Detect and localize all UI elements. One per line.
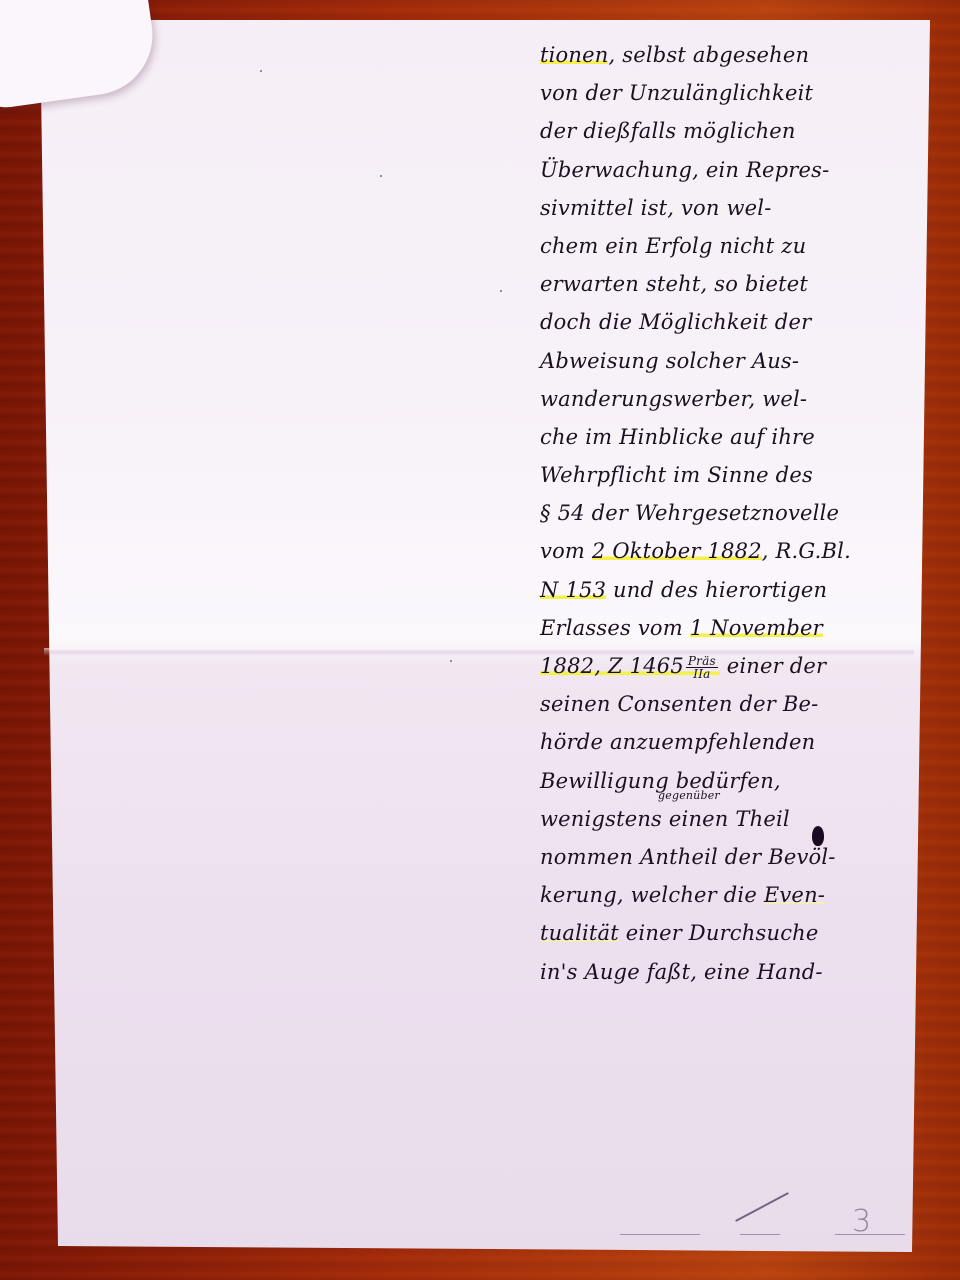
text-line: von der Unzulänglichkeit <box>540 74 930 112</box>
text-line: kerung, welcher die Even- <box>540 876 930 914</box>
paper-speck <box>500 290 502 292</box>
text-line: 1882, Z 1465PräsIIa einer der <box>540 647 930 685</box>
text-line: Bewilligung bedürfen, <box>540 762 930 800</box>
scene: tionen, selbst abgesehen von der Unzulän… <box>0 0 960 1280</box>
interlinear-insertion: gegenüber <box>658 790 720 801</box>
text-line: wanderungswerber, wel- <box>540 380 930 418</box>
highlighted-word: tualität <box>540 921 619 945</box>
text-line: doch die Möglichkeit der <box>540 303 930 341</box>
highlighted-date: 2 Oktober 1882 <box>592 539 762 563</box>
highlighted-word: tionen <box>540 43 608 67</box>
handwritten-text-column: tionen, selbst abgesehen von der Unzulän… <box>540 36 930 991</box>
page-number: 3 <box>852 1204 871 1239</box>
fraction-annotation: PräsIIa <box>686 655 718 680</box>
text-line: Erlasses vom 1 November <box>540 609 930 647</box>
pencil-dash <box>740 1234 780 1235</box>
highlighted-reference: 1882, Z 1465PräsIIa <box>540 654 720 678</box>
text-line: vom 2 Oktober 1882, R.G.Bl. <box>540 532 930 570</box>
text-line: gegenüberwenigstens einen Theil <box>540 800 930 838</box>
text-line: tionen, selbst abgesehen <box>540 36 930 74</box>
highlighted-word: Even- <box>764 883 825 907</box>
text-line: che im Hinblicke auf ihre <box>540 418 930 456</box>
text-line: Überwachung, ein Repres- <box>540 151 930 189</box>
text-line-rest: , selbst abgesehen <box>608 43 809 67</box>
text-line: N 153 und des hierortigen <box>540 571 930 609</box>
text-line: hörde anzuempfehlenden <box>540 723 930 761</box>
highlighted-date: 1 November <box>690 616 823 640</box>
text-line: nommen Antheil der Bevöl- <box>540 838 930 876</box>
paper-speck <box>260 70 262 72</box>
highlighted-number: N 153 <box>540 578 606 602</box>
paper-speck <box>380 175 382 177</box>
text-line: in's Auge faßt, eine Hand- <box>540 953 930 991</box>
ink-blot <box>812 826 824 846</box>
text-line: der dießfalls möglichen <box>540 112 930 150</box>
paper-speck <box>450 660 452 662</box>
text-line: tualität einer Durchsuche <box>540 914 930 952</box>
pencil-dash <box>620 1234 700 1235</box>
text-line: § 54 der Wehrgesetznovelle <box>540 494 930 532</box>
text-line: Abweisung solcher Aus- <box>540 342 930 380</box>
text-line: sivmittel ist, von wel- <box>540 189 930 227</box>
text-line: seinen Consenten der Be- <box>540 685 930 723</box>
text-line: Wehrpflicht im Sinne des <box>540 456 930 494</box>
text-line: chem ein Erfolg nicht zu <box>540 227 930 265</box>
text-line: erwarten steht, so bietet <box>540 265 930 303</box>
